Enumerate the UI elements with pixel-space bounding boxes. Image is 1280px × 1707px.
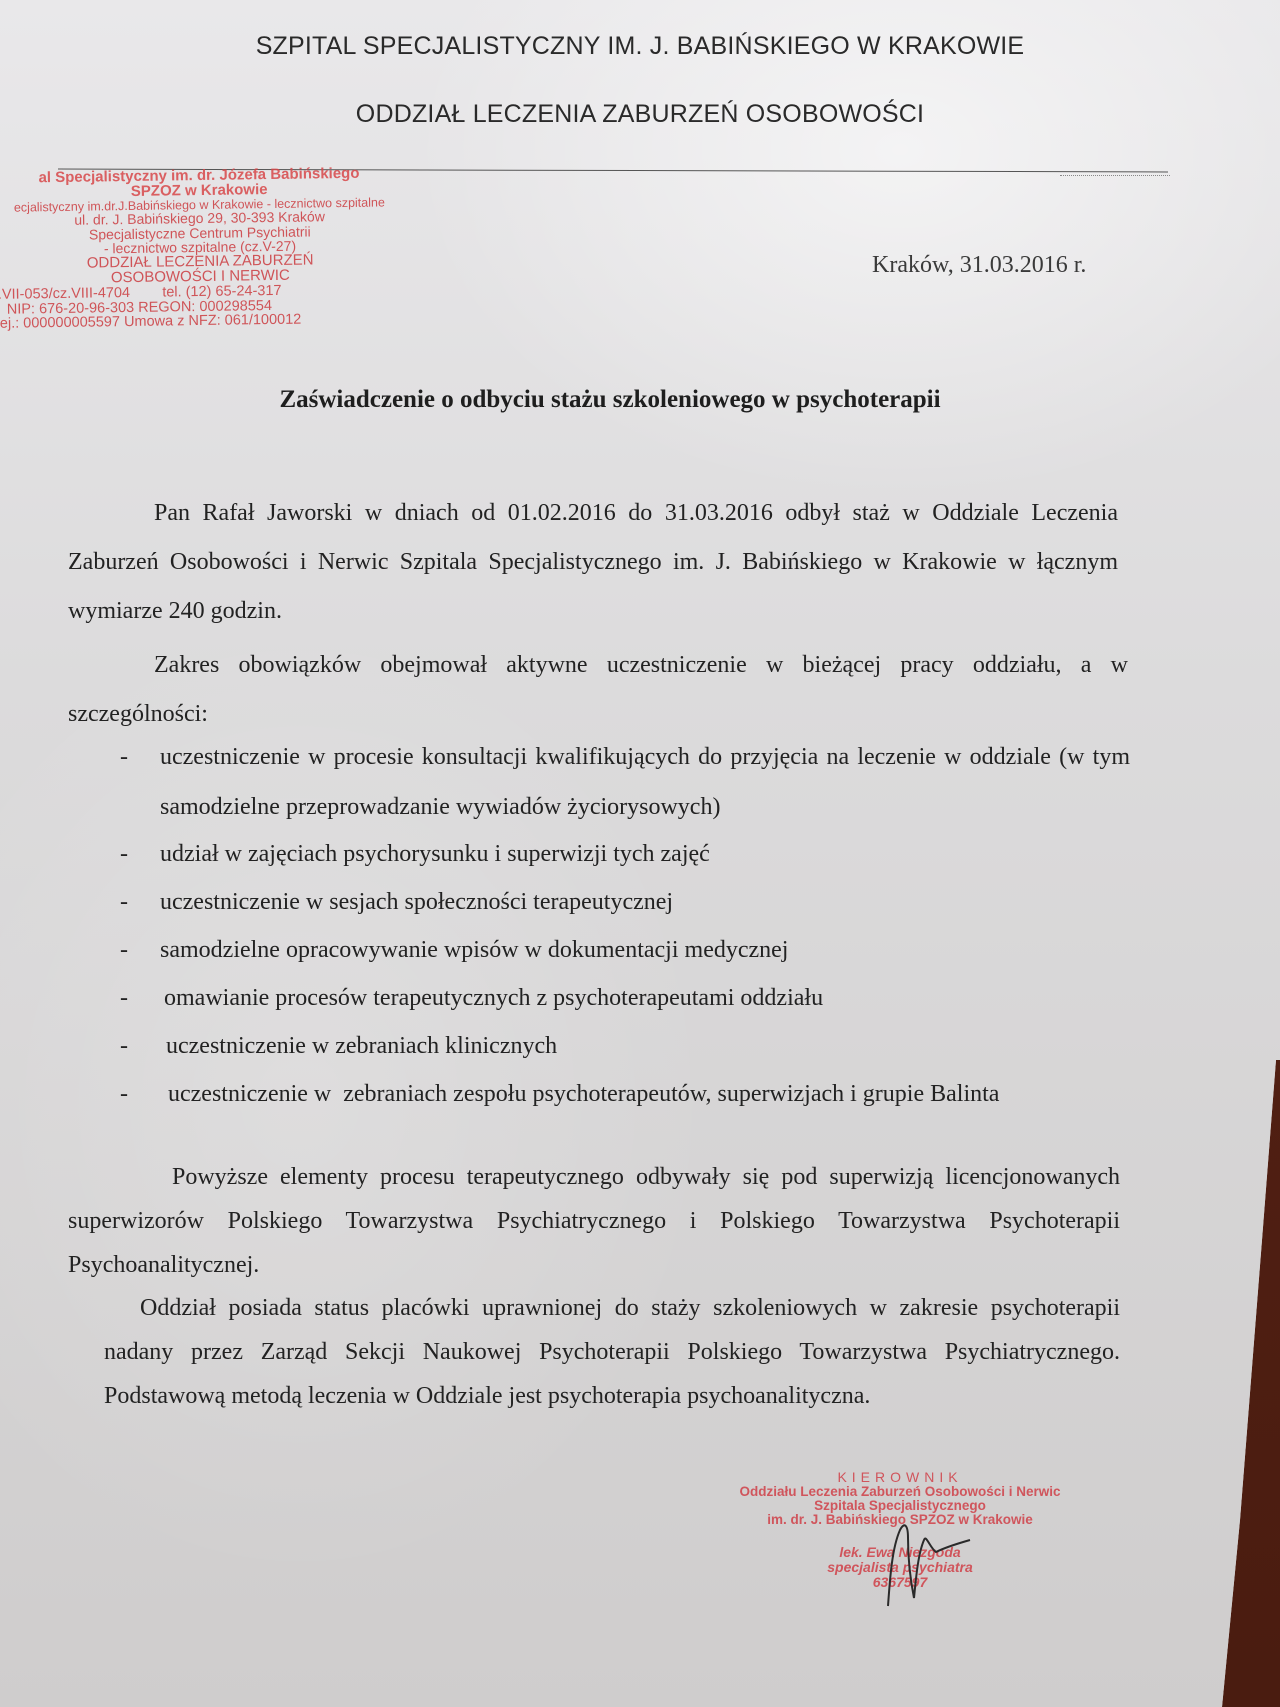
status-paragraph: Oddział posiada status placówki uprawnio… <box>104 1286 1120 1418</box>
list-item: -samodzielne opracowywanie wpisów w doku… <box>120 926 1130 974</box>
hospital-stamp: al Specjalistyczny im. dr. Józefa Babińs… <box>0 165 411 332</box>
document-date: Kraków, 31.03.2016 r. <box>872 252 1086 279</box>
document-title: Zaświadczenie o odbyciu stażu szkoleniow… <box>0 386 1220 414</box>
department-header: ODDZIAŁ LECZENIA ZABURZEŃ OSOBOWOŚCI <box>30 100 1250 129</box>
bullet-dash: - <box>120 974 128 1022</box>
intro-paragraph: Pan Rafał Jaworski w dniach od 01.02.201… <box>68 489 1118 636</box>
bullet-dash: - <box>120 830 128 878</box>
scope-text: Zakres obowiązków obejmował aktywne ucze… <box>68 652 1128 727</box>
bullet-dash: - <box>120 878 128 926</box>
bullet-dash: - <box>120 732 128 782</box>
status-text: Oddział posiada status placówki uprawnio… <box>104 1295 1120 1409</box>
stamp-line: Oddziału Leczenia Zaburzeń Osobowości i … <box>700 1485 1100 1499</box>
hospital-header: SZPITAL SPECJALISTYCZNY IM. J. BABIŃSKIE… <box>30 32 1250 61</box>
list-item: -udział w zajęciach psychorysunku i supe… <box>120 830 1130 878</box>
document-page: SZPITAL SPECJALISTYCZNY IM. J. BABIŃSKIE… <box>0 0 1280 1707</box>
intro-text: Pan Rafał Jaworski w dniach od 01.02.201… <box>68 500 1118 624</box>
bullet-dash: - <box>120 1070 128 1118</box>
supervision-paragraph: Powyższe elementy procesu terapeutyczneg… <box>68 1155 1120 1287</box>
list-item: -omawianie procesów terapeutycznych z ps… <box>120 974 1130 1022</box>
bullet-dash: - <box>120 926 128 974</box>
stamp-title: KIEROWNIK <box>700 1470 1100 1485</box>
stamp-line: rej.: 000000005597 Umowa z NFZ: 061/1000… <box>0 311 411 332</box>
duties-list: -uczestniczenie w procesie konsultacji k… <box>120 732 1130 1118</box>
supervision-text: Powyższe elementy procesu terapeutyczneg… <box>68 1164 1120 1278</box>
stamp-line: Szpitala Specjalistycznego <box>700 1499 1100 1513</box>
header-divider-dots <box>1060 175 1170 176</box>
bullet-dash: - <box>120 1022 128 1070</box>
scope-paragraph: Zakres obowiązków obejmował aktywne ucze… <box>68 641 1128 739</box>
list-item: -uczestniczenie w zebraniach klinicznych <box>120 1022 1130 1070</box>
list-item: -uczestniczenie w zebraniach zespołu psy… <box>120 1070 1130 1118</box>
list-item: -uczestniczenie w sesjach społeczności t… <box>120 878 1130 926</box>
list-item: -uczestniczenie w procesie konsultacji k… <box>120 732 1130 832</box>
handwritten-signature <box>870 1518 990 1608</box>
